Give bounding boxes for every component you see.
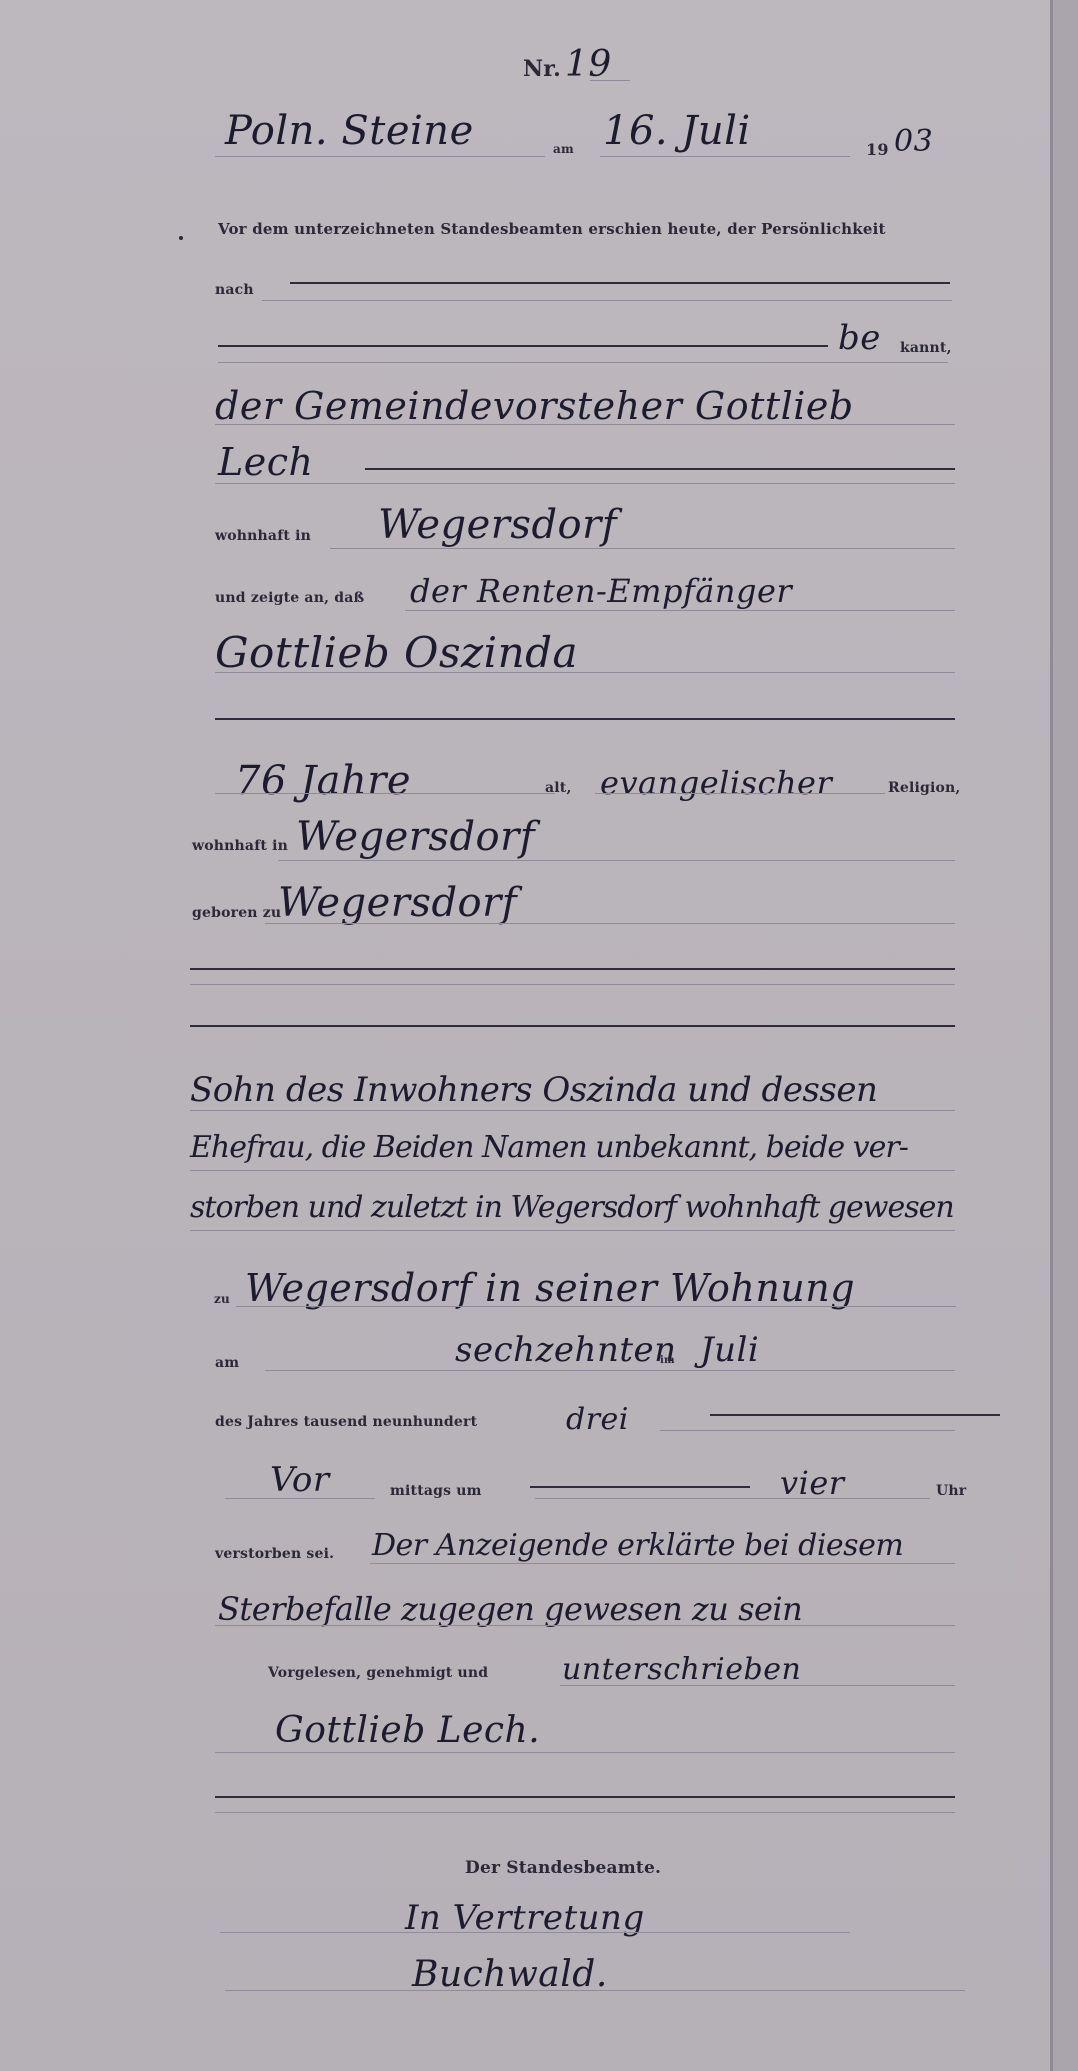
mittags-strike [530,1486,750,1488]
record-number-label: Nr. [523,56,561,82]
signature-rule [215,1752,955,1753]
zu-rule [236,1306,956,1307]
time-prefix-rule [225,1498,375,1499]
number-rule [590,80,630,81]
civil-register-page: Nr. 19 Poln. Steine am 16. Juli 19 03 Vo… [0,0,1050,2071]
date-rule [600,156,850,157]
wohnhaft-rule [330,548,955,549]
remark-rule-1 [370,1563,955,1564]
mittags-label: mittags um [390,1483,482,1499]
registry-date: 16. Juli [603,108,751,154]
uhr-label: Uhr [936,1483,966,1499]
deceased-rule [215,672,955,673]
registrar-heading: Der Standesbeamte. [465,1858,661,1878]
remark-line-2: Sterbefalle zugegen gewesen zu sein [218,1590,802,1628]
verstorben-label: verstorben sei. [215,1546,334,1562]
place-rule [215,156,545,157]
geboren-strike-1 [190,968,955,970]
year-prefix: 19 [866,140,889,159]
margin-dot [179,236,183,240]
time-hour-rule [535,1498,930,1499]
deceased-strike [215,718,955,720]
nach-rule [262,300,952,301]
page-edge [1053,0,1078,2071]
bekannt-rule [218,362,948,363]
geboren-rule-2 [190,984,955,985]
registrar-rule-1 [220,1932,850,1933]
wohnhaft-label: wohnhaft in [215,528,311,544]
wohnhaft2-rule [278,860,955,861]
remark-line-1: Der Anzeigende erklärte bei diesem [372,1528,903,1563]
vorgelesen-label: Vorgelesen, genehmigt und [268,1665,488,1681]
vorgelesen-value: unterschrieben [562,1652,801,1687]
death-place: Wegersdorf in seiner Wohnung [245,1266,855,1310]
registrar-rule-2 [225,1990,965,1991]
religion-label: Religion, [888,780,960,796]
parents-line-2: Ehefrau, die Beiden Namen unbekannt, bei… [190,1130,908,1165]
death-im: im [660,1355,675,1366]
death-month: Juli [700,1330,759,1370]
age-rule [215,793,555,794]
parents-rule-1 [190,1110,955,1111]
deceased-residence: Wegersdorf [296,814,535,860]
am-label: am [215,1355,239,1371]
zu-label: zu [214,1292,230,1306]
registrar-signature: Buchwald. [412,1954,608,1995]
parents-line-3: storben und zuletzt in Wegersdorf wohnha… [190,1190,954,1225]
zeigte-label: und zeigte an, daß [215,590,364,606]
deceased-age: 76 Jahre [235,758,411,804]
signature-rule-2 [215,1812,955,1813]
parents-rule-3 [190,1230,955,1231]
geboren-label: geboren zu [192,905,281,921]
wohnhaft2-label: wohnhaft in [192,838,288,854]
zeigte-rule [405,610,955,611]
parents-rule-2 [190,1170,955,1171]
parents-line-1: Sohn des Inwohners Oszinda und dessen [190,1070,877,1110]
informant-rule-1 [215,424,955,425]
year-suffix: 03 [894,124,933,159]
nach-label: nach [215,282,254,298]
informant-residence: Wegersdorf [378,502,617,548]
informant-surname: Lech [218,440,313,484]
time-prefix: Vor [270,1460,330,1500]
signature-strike [215,1796,955,1798]
time-hour: vier [780,1464,845,1502]
informant-occupation-name: der Gemeindevorsteher Gottlieb [215,384,854,428]
birthplace: Wegersdorf [278,880,517,926]
alt-label: alt, [545,780,572,796]
am-rule [265,1370,955,1371]
vorgelesen-rule [560,1685,955,1686]
religion-rule [595,793,885,794]
remark-rule-2 [215,1625,955,1626]
deceased-name: Gottlieb Oszinda [215,628,578,677]
informant-strike [365,468,955,470]
date-connector: am [553,142,574,156]
bekannt-print: kannt, [900,340,952,356]
deceased-title: der Renten-Empfänger [410,572,792,610]
jahres-rule [660,1430,955,1431]
jahres-strike [710,1414,1000,1416]
nach-strike [290,282,950,284]
record-number-value: 19 [565,44,612,85]
informant-rule-2 [215,483,955,484]
informant-signature: Gottlieb Lech. [275,1710,540,1751]
religion-value: evangelischer [600,764,832,802]
death-day: sechzehnten [455,1330,677,1370]
death-year-word: drei [566,1402,629,1437]
geboren-rule [265,923,955,924]
geboren-strike-2 [190,1025,955,1027]
bekannt-strike [218,345,828,347]
registry-place: Poln. Steine [225,108,474,154]
bekannt-hand: be [838,318,881,358]
intro-text: Vor dem unterzeichneten Standesbeamten e… [218,220,886,238]
jahres-label: des Jahres tausend neunhundert [215,1414,477,1430]
